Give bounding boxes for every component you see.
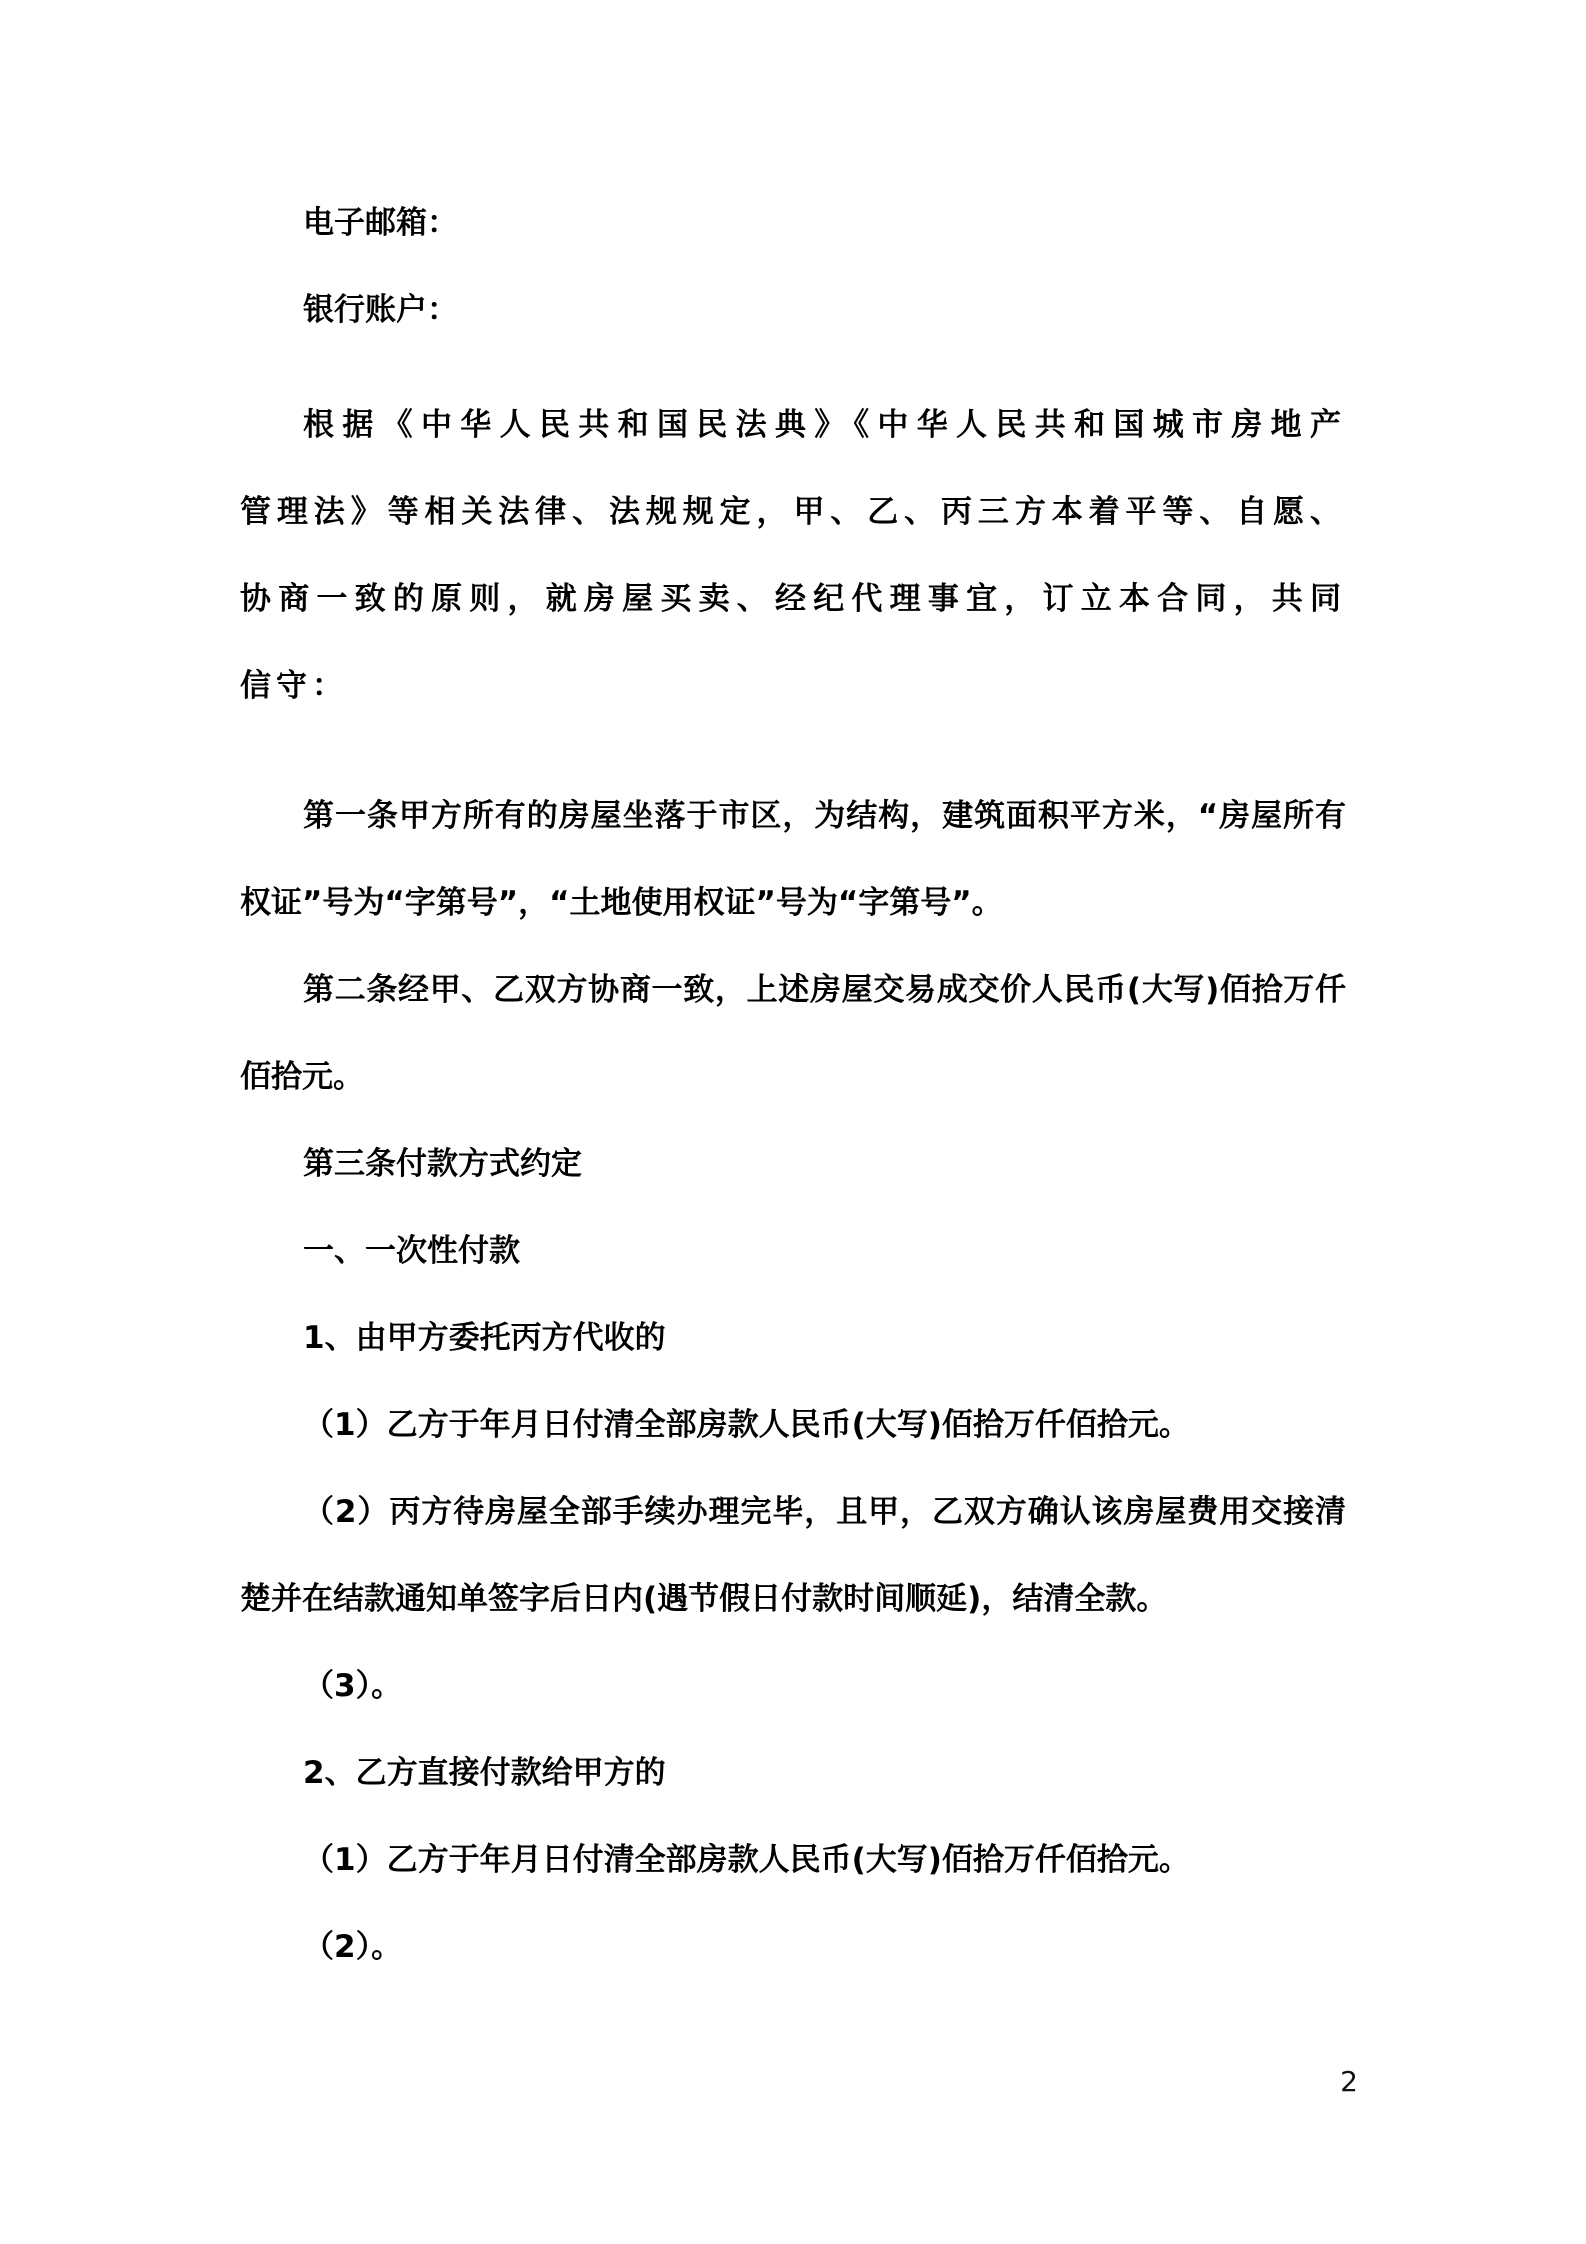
text-line: （3）。: [240, 1643, 1346, 1730]
text-line: （2）丙方待房屋全部手续办理完毕，且甲，乙双方确认该房屋费用交接清: [240, 1469, 1346, 1556]
document-page: 电子邮箱：银行账户：根据《中华人民共和国民法典》《中华人民共和国城市房地产管理法…: [0, 0, 1586, 2244]
text-line: （1）乙方于年月日付清全部房款人民币(大写)佰拾万仟佰拾元。: [240, 1817, 1346, 1904]
text-line: 协商一致的原则，就房屋买卖、经纪代理事宜，订立本合同，共同: [240, 556, 1346, 643]
text-line: 权证”号为“字第号”，“土地使用权证”号为“字第号”。: [240, 860, 1346, 947]
text-line: 第一条甲方所有的房屋坐落于市区，为结构，建筑面积平方米，“房屋所有: [240, 773, 1346, 860]
text-line: 楚并在结款通知单签字后日内(遇节假日付款时间顺延)，结清全款。: [240, 1556, 1346, 1643]
text-line: 第三条付款方式约定: [240, 1121, 1346, 1208]
text-line: （1）乙方于年月日付清全部房款人民币(大写)佰拾万仟佰拾元。: [240, 1382, 1346, 1469]
text-line: 一、一次性付款: [240, 1208, 1346, 1295]
text-line: 2、乙方直接付款给甲方的: [240, 1730, 1346, 1817]
text-line: 电子邮箱：: [240, 180, 1346, 267]
text-line: （2）。: [240, 1904, 1346, 1991]
text-line: 银行账户：: [240, 267, 1346, 354]
text-line: 1、由甲方委托丙方代收的: [240, 1295, 1346, 1382]
page-number: 2: [1340, 2062, 1358, 2102]
contract-body: 电子邮箱：银行账户：根据《中华人民共和国民法典》《中华人民共和国城市房地产管理法…: [240, 180, 1346, 1991]
text-line: 根据《中华人民共和国民法典》《中华人民共和国城市房地产: [240, 382, 1346, 469]
text-line: 第二条经甲、乙双方协商一致，上述房屋交易成交价人民币(大写)佰拾万仟: [240, 947, 1346, 1034]
text-line: 管理法》等相关法律、法规规定，甲、乙、丙三方本着平等、自愿、: [240, 469, 1346, 556]
text-line: 信守：: [240, 643, 1346, 730]
text-line: 佰拾元。: [240, 1034, 1346, 1121]
